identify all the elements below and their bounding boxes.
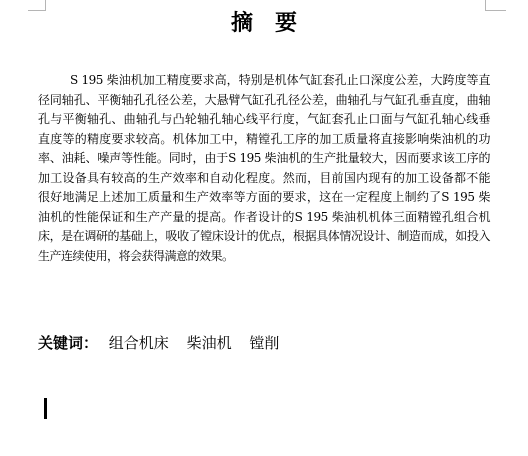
paragraph-line[interactable]: 直度等的精度要求较高。机体加工中，精镗孔工序的加工质量将直接影响柴油机的功 <box>38 130 490 150</box>
text-boundary-mark-top-right <box>485 0 506 11</box>
paragraph-line[interactable]: 径同轴孔、平衡轴孔孔径公差，大悬臂气缸孔孔径公差，曲轴孔与气缸孔垂直度，曲轴 <box>38 91 490 111</box>
text-boundary-mark-top-left <box>28 0 46 11</box>
keyword-term: 柴油机 <box>187 334 232 352</box>
paragraph-line[interactable]: 孔与平衡轴孔、曲轴孔与凸轮轴孔轴心线平行度，气缸套孔止口面与气缸孔轴心线垂 <box>38 110 490 130</box>
keywords-line[interactable]: 关键词： 组合机床 柴油机 镗削 <box>38 333 279 353</box>
paragraph-line[interactable]: 率、油耗、噪声等性能。同时，由于S 195 柴油机的生产批量较大，因而要求该工序… <box>38 149 490 169</box>
paragraph-line[interactable]: 床，是在调研的基础上，吸收了镗床设计的优点，根据具体情况设计、制造而成，如投入 <box>38 227 490 247</box>
paragraph-line[interactable]: 油机的性能保证和生产产量的提高。作者设计的S 195 柴油机机体三面精镗孔组合机 <box>38 208 490 228</box>
document-title[interactable]: 摘 要 <box>0 12 528 35</box>
keyword-term: 组合机床 <box>109 334 169 352</box>
text-cursor <box>44 398 47 419</box>
paragraph-line[interactable]: 生产连续使用，将会获得满意的效果。 <box>38 247 490 267</box>
keyword-term: 镗削 <box>249 334 279 352</box>
paragraph-line[interactable]: 加工设备具有较高的生产效率和自动化程度。然而，目前国内现有的加工设备都不能 <box>38 169 490 189</box>
abstract-paragraph[interactable]: S 195 柴油机加工精度要求高，特别是机体气缸套孔止口深度公差，大跨度等直 径… <box>38 71 490 266</box>
paragraph-line[interactable]: 很好地满足上述加工质量和生产效率等方面的要求，这在一定程度上制约了S 195 柴 <box>38 188 490 208</box>
keywords-label: 关键词： <box>38 334 98 352</box>
document-page[interactable]: 摘 要 S 195 柴油机加工精度要求高，特别是机体气缸套孔止口深度公差，大跨度… <box>0 0 528 456</box>
paragraph-line[interactable]: S 195 柴油机加工精度要求高，特别是机体气缸套孔止口深度公差，大跨度等直 <box>38 71 490 91</box>
